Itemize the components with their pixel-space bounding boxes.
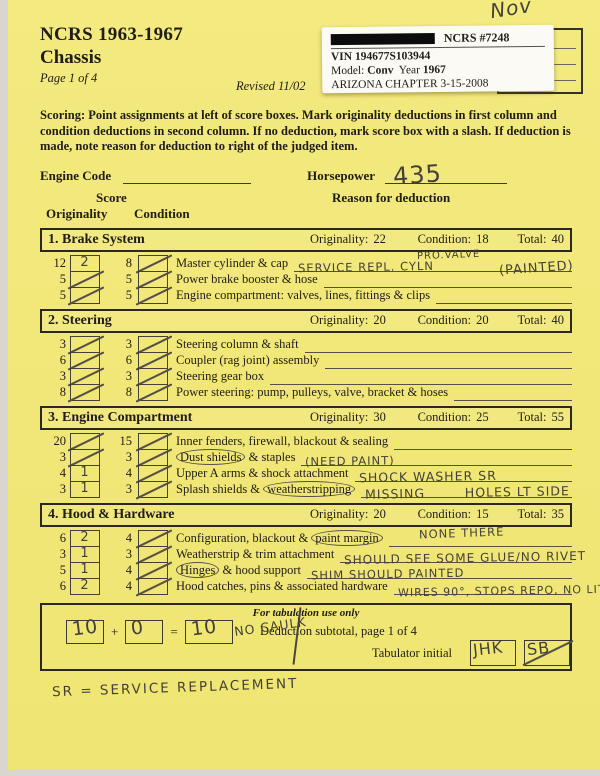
section-hood-hardware: 4. Hood & Hardware Originality:20 Condit… — [40, 503, 572, 595]
condition-score-box[interactable] — [138, 578, 168, 595]
item-label: Dust shields & staples — [176, 450, 295, 465]
condition-score-box[interactable] — [138, 530, 168, 547]
originality-score-box[interactable]: 2 — [70, 530, 100, 547]
item-row-steering-column: 3 3 Steering column & shaft — [40, 336, 572, 353]
handwritten-subtotal-total: 10 — [189, 615, 218, 640]
section-title: 1. Brake System — [48, 232, 145, 248]
originality-points-total: 30 — [373, 410, 386, 425]
originality-points: 3 — [40, 547, 70, 562]
sticker-name-row: NCRS #7248 — [331, 30, 545, 49]
section-header: 2. Steering Originality:20 Condition:20 … — [40, 309, 572, 333]
stat-label: Originality: — [310, 232, 368, 247]
handwritten-note: NONE THERE — [419, 525, 505, 542]
slash-mark — [66, 369, 106, 384]
stat-label: Condition: — [418, 313, 471, 328]
handwritten-sr-legend: SR = SERVICE REPLACEMENT — [52, 676, 299, 701]
column-headers: Score Reason for deduction Originality C… — [40, 190, 572, 223]
section-rows: 20 15 Inner fenders, firewall, blackout … — [40, 430, 572, 498]
item-row-master-cylinder: 12 2 8 Master cylinder & cap SERVICE REP… — [40, 255, 572, 272]
subtotal-box-total[interactable]: 10 — [185, 620, 233, 644]
handwritten-deduction: 1 — [71, 562, 99, 578]
originality-score-box[interactable] — [70, 368, 100, 385]
handwritten-subtotal-1: 10 — [71, 615, 100, 640]
condition-score-box[interactable] — [138, 465, 168, 482]
section-brake-system: 1. Brake System Originality:22 Condition… — [40, 228, 572, 304]
handwritten-note-sup: PRO.VALVE — [417, 249, 481, 262]
handwritten-horsepower: 435 — [392, 159, 443, 190]
deduction-reason-line[interactable]: WIRES 90°, STOPS REPO, NO LITH GREASE — [394, 577, 572, 595]
item-label-rest: Splash shields & — [176, 482, 263, 496]
originality-score-box[interactable] — [70, 287, 100, 304]
condition-points: 4 — [100, 563, 138, 578]
slash-mark — [134, 563, 174, 578]
chapter-line: ARIZONA CHAPTER 3-15-2008 — [331, 76, 545, 92]
slash-mark — [66, 272, 106, 287]
originality-score-box[interactable] — [70, 352, 100, 369]
plus-sign: + — [111, 624, 118, 640]
handwritten-deduction: 1 — [71, 465, 99, 481]
originality-points: 6 — [40, 579, 70, 594]
condition-score-box[interactable] — [138, 255, 168, 272]
deduction-reason-line[interactable] — [436, 286, 572, 304]
originality-score-box[interactable] — [70, 336, 100, 353]
section-rows: 6 2 4 Configuration, blackout & paint ma… — [40, 527, 572, 595]
item-row-engine-compartment-valves: 5 5 Engine compartment: valves, lines, f… — [40, 287, 572, 304]
section-header: 1. Brake System Originality:22 Condition… — [40, 228, 572, 252]
year-label: Year — [399, 64, 420, 76]
slash-mark — [134, 531, 174, 546]
originality-score-box[interactable]: 1 — [70, 481, 100, 498]
item-row-weatherstrip-trim: 3 1 3 Weatherstrip & trim attachment SHO… — [40, 546, 572, 563]
slash-mark — [134, 579, 174, 594]
handwritten-subtotal-2: 0 — [130, 616, 146, 639]
slash-mark — [66, 450, 106, 465]
stat-label: Condition: — [418, 232, 471, 247]
condition-points: 3 — [100, 482, 138, 497]
year-value: 1967 — [423, 64, 446, 76]
item-row-configuration-blackout: 6 2 4 Configuration, blackout & paint ma… — [40, 530, 572, 547]
section-header: 3. Engine Compartment Originality:30 Con… — [40, 406, 572, 430]
stat-label: Condition: — [418, 410, 471, 425]
revised-label: Revised 11/02 — [236, 79, 306, 94]
equals-sign: = — [170, 624, 177, 640]
item-row-splash-shields: 3 1 3 Splash shields & weatherstripping … — [40, 481, 572, 498]
stat-label: Originality: — [310, 507, 368, 522]
section-stats: Originality:30 Condition:25 Total:55 — [310, 410, 564, 425]
section-stats: Originality:22 Condition:18 Total:40 — [310, 232, 564, 247]
model-value: Conv — [367, 64, 393, 76]
tabulator-initial-label: Tabulator initial — [372, 646, 452, 661]
slash-mark — [134, 272, 174, 287]
handwritten-deduction: 2 — [71, 530, 99, 546]
condition-score-box[interactable] — [138, 546, 168, 563]
entrant-label-sticker: NCRS #7248 VIN 194677S103944 Model: Conv… — [322, 25, 555, 93]
tabulation-header: For tabulation use only — [42, 607, 570, 619]
condition-score-box[interactable] — [138, 433, 168, 450]
section-engine-compartment: 3. Engine Compartment Originality:30 Con… — [40, 406, 572, 498]
originality-points-total: 20 — [373, 507, 386, 522]
section-steering: 2. Steering Originality:20 Condition:20 … — [40, 309, 572, 401]
slash-mark — [134, 369, 174, 384]
slash-mark — [520, 641, 576, 665]
slash-mark — [134, 547, 174, 562]
deduction-reason-line[interactable]: MISSING HOLES LT SIDE — [361, 480, 572, 498]
tabulator-initial-box-2[interactable]: SB — [524, 640, 570, 666]
condition-points: 3 — [100, 547, 138, 562]
slash-mark — [66, 353, 106, 368]
item-row-hood-catches: 6 2 4 Hood catches, pins & associated ha… — [40, 578, 572, 595]
slash-mark — [134, 466, 174, 481]
condition-score-box[interactable] — [138, 352, 168, 369]
deduction-subtotal-calc: 10 + 0 = 10 — [66, 620, 233, 644]
engine-code-field[interactable] — [123, 169, 251, 184]
originality-points: 3 — [40, 482, 70, 497]
item-label: Coupler (rag joint) assembly — [176, 353, 319, 368]
hand-circled-words: paint margin — [311, 530, 382, 546]
handwritten-initials-1: JHK — [472, 637, 504, 659]
originality-score-box[interactable] — [70, 271, 100, 288]
stat-label: Originality: — [310, 313, 368, 328]
condition-score-box[interactable] — [138, 481, 168, 498]
condition-score-box[interactable] — [138, 271, 168, 288]
hand-circled-words: Dust shields — [176, 449, 245, 465]
slash-mark — [66, 337, 106, 352]
section-title: 2. Steering — [48, 313, 112, 329]
item-label: Engine compartment: valves, lines, fitti… — [176, 288, 430, 303]
model-label: Model: — [331, 65, 364, 77]
item-row-steering-gear-box: 3 3 Steering gear box — [40, 368, 572, 385]
handwritten-deduction: 2 — [71, 255, 99, 271]
condition-points-total: 25 — [476, 410, 489, 425]
section-total: 40 — [552, 232, 565, 247]
handwritten-note: WIRES 90°, STOPS REPO, NO LITH GREASE — [398, 582, 600, 600]
condition-points: 4 — [100, 466, 138, 481]
slash-mark — [134, 385, 174, 400]
originality-points-total: 22 — [373, 232, 386, 247]
originality-score-box[interactable] — [70, 433, 100, 450]
slash-mark — [134, 337, 174, 352]
originality-score-box[interactable]: 1 — [70, 562, 100, 579]
stat-label: Condition: — [418, 507, 471, 522]
item-label: Splash shields & weatherstripping — [176, 482, 355, 497]
item-label: Master cylinder & cap — [176, 256, 288, 271]
originality-points: 5 — [40, 563, 70, 578]
item-row-power-brake-booster: 5 5 Power brake booster & hose — [40, 271, 572, 288]
item-label: Hood catches, pins & associated hardware — [176, 579, 388, 594]
slash-mark — [66, 385, 106, 400]
subtotal-box-2[interactable]: 0 — [125, 620, 163, 644]
slash-mark — [66, 434, 106, 449]
horsepower-field[interactable]: 435 — [385, 169, 507, 184]
slash-mark — [134, 434, 174, 449]
condition-score-box[interactable] — [138, 562, 168, 579]
horsepower-label: Horsepower — [307, 168, 375, 184]
item-label: Upper A arms & shock attachment — [176, 466, 349, 481]
item-label: Power brake booster & hose — [176, 272, 318, 287]
engine-code-label: Engine Code — [40, 168, 111, 184]
originality-score-box[interactable]: 1 — [70, 546, 100, 563]
item-label: Hinges & hood support — [176, 563, 301, 578]
slash-mark — [134, 353, 174, 368]
originality-points-total: 20 — [373, 313, 386, 328]
item-row-inner-fenders: 20 15 Inner fenders, firewall, blackout … — [40, 433, 572, 450]
item-label: Power steering: pump, pulleys, valve, br… — [176, 385, 448, 400]
condition-score-box[interactable] — [138, 336, 168, 353]
judging-sheet-paper: Nov NCRS #7248 VIN 194677S103944 Model: … — [8, 0, 600, 770]
item-label-rest: Configuration, blackout & — [176, 531, 311, 545]
hand-circled-words: Hinges — [176, 562, 219, 578]
condition-points-total: 18 — [476, 232, 489, 247]
originality-points: 6 — [40, 531, 70, 546]
section-stats: Originality:20 Condition:15 Total:35 — [310, 507, 564, 522]
stat-label: Originality: — [310, 410, 368, 425]
item-label: Steering column & shaft — [176, 337, 299, 352]
item-row-hinges-hood-support: 5 1 4 Hinges & hood support SHIM SHOULD … — [40, 562, 572, 579]
originality-header: Originality — [46, 206, 107, 222]
scoring-instructions: Scoring: Point assignments at left of sc… — [40, 108, 572, 155]
item-row-power-steering: 8 8 Power steering: pump, pulleys, valve… — [40, 384, 572, 401]
stat-label: Total: — [518, 313, 547, 328]
handwritten-deduction: 1 — [71, 546, 99, 562]
section-total: 55 — [552, 410, 565, 425]
section-title: 4. Hood & Hardware — [48, 507, 175, 523]
engine-code-row: Engine Code Horsepower 435 — [40, 162, 572, 184]
originality-score-box[interactable]: 2 — [70, 578, 100, 595]
condition-points: 4 — [100, 579, 138, 594]
condition-points: 8 — [100, 256, 138, 271]
slash-mark — [134, 450, 174, 465]
condition-score-box[interactable] — [138, 287, 168, 304]
tabulator-initial-box-1[interactable]: JHK — [470, 640, 516, 666]
tabulation-box: For tabulation use only 10 + 0 = 10 Dedu… — [40, 603, 572, 671]
item-row-coupler: 6 6 Coupler (rag joint) assembly — [40, 352, 572, 369]
handwritten-deduction: 1 — [71, 481, 99, 497]
ncrs-member-number: NCRS #7248 — [444, 30, 510, 45]
subtotal-box-1[interactable]: 10 — [66, 620, 104, 644]
stat-label: Total: — [518, 507, 547, 522]
originality-score-box[interactable] — [70, 449, 100, 466]
section-rows: 12 2 8 Master cylinder & cap SERVICE REP… — [40, 252, 572, 304]
reason-header: Reason for deduction — [332, 190, 450, 206]
condition-points: 4 — [100, 531, 138, 546]
item-label: Steering gear box — [176, 369, 264, 384]
condition-score-box[interactable] — [138, 368, 168, 385]
item-label-rest: & hood support — [219, 563, 301, 577]
condition-score-box[interactable] — [138, 449, 168, 466]
slash-mark — [134, 256, 174, 271]
section-rows: 3 3 Steering column & shaft 6 6 Coupler … — [40, 333, 572, 401]
item-label: Configuration, blackout & paint margin — [176, 531, 383, 546]
redaction-bar — [331, 33, 435, 45]
condition-points-total: 20 — [476, 313, 489, 328]
item-row-dust-shields: 3 3 Dust shields & staples (NEED PAINT) — [40, 449, 572, 466]
slash-mark — [134, 482, 174, 497]
item-label: Inner fenders, firewall, blackout & seal… — [176, 434, 388, 449]
section-total: 40 — [552, 313, 565, 328]
originality-score-box[interactable] — [70, 384, 100, 401]
section-total: 35 — [552, 507, 565, 522]
originality-score-box[interactable]: 2 — [70, 255, 100, 272]
deduction-reason-line[interactable] — [454, 383, 572, 401]
section-title: 3. Engine Compartment — [48, 410, 192, 426]
hand-circled-words: weatherstripping — [263, 481, 355, 497]
item-row-upper-a-arms: 4 1 4 Upper A arms & shock attachment SH… — [40, 465, 572, 482]
score-header: Score — [96, 190, 127, 206]
condition-header: Condition — [134, 206, 190, 222]
handwritten-deduction: 2 — [71, 578, 99, 594]
originality-points: 4 — [40, 466, 70, 481]
handwritten-note: MISSING HOLES LT SIDE — [365, 483, 570, 502]
condition-points-total: 15 — [476, 507, 489, 522]
slash-mark — [66, 288, 106, 303]
slash-mark — [134, 288, 174, 303]
item-label: Weatherstrip & trim attachment — [176, 547, 334, 562]
stat-label: Total: — [518, 410, 547, 425]
item-label-rest: & staples — [245, 450, 295, 464]
condition-score-box[interactable] — [138, 384, 168, 401]
originality-score-box[interactable]: 1 — [70, 465, 100, 482]
section-stats: Originality:20 Condition:20 Total:40 — [310, 313, 564, 328]
originality-points: 12 — [40, 256, 70, 271]
stat-label: Total: — [518, 232, 547, 247]
section-header: 4. Hood & Hardware Originality:20 Condit… — [40, 503, 572, 527]
